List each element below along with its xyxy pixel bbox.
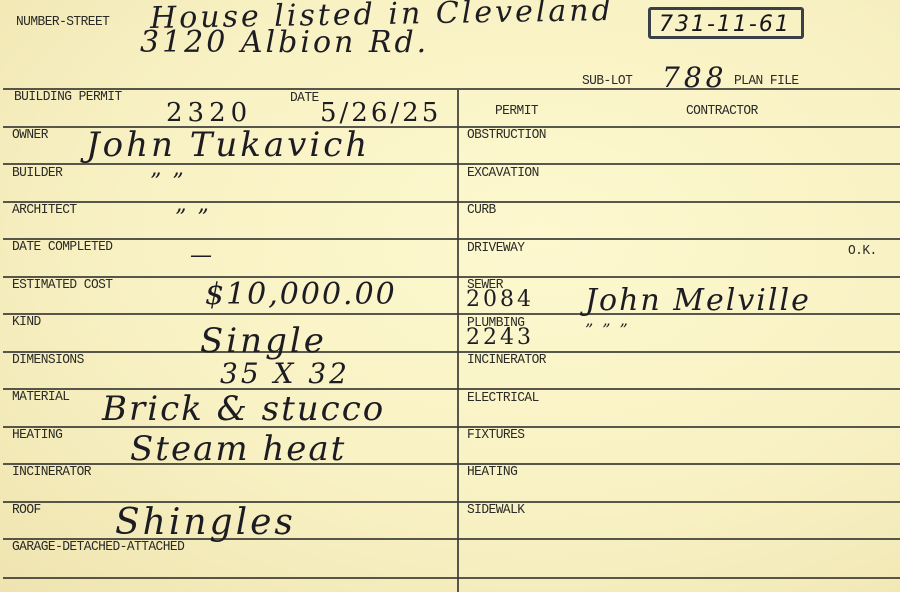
stamp-number: 731-11-61 xyxy=(659,12,791,37)
rule-line xyxy=(3,313,457,315)
permit-incinerator-label: INCINERATOR xyxy=(467,352,546,368)
permit-obstruction-label: OBSTRUCTION xyxy=(467,127,546,143)
roof-value: Shingles xyxy=(115,505,296,541)
date-completed-label: DATE COMPLETED xyxy=(12,239,112,255)
kind-label: KIND xyxy=(12,314,41,330)
date-value: 5/26/25 xyxy=(320,100,441,126)
kind-value: Single xyxy=(200,324,327,358)
owner-value: John Tukavich xyxy=(86,128,370,162)
heating-label: HEATING xyxy=(12,427,62,443)
architect-value: ” ” xyxy=(175,208,211,230)
building-permit-value: 2320 xyxy=(166,100,252,126)
stamp-number-box: 731-11-61 xyxy=(648,7,804,39)
rule-line xyxy=(457,577,900,579)
sub-lot-label: SUB-LOT xyxy=(582,73,632,89)
permit-sewer-contractor: John Melville xyxy=(585,286,811,316)
rule-line xyxy=(457,463,900,465)
permit-driveway-label: DRIVEWAY xyxy=(467,240,524,256)
rule-line xyxy=(457,276,900,278)
rule-line xyxy=(457,538,900,540)
estimated-cost-value: $10,000.00 xyxy=(205,280,397,310)
address-value: 3120 Albion Rd. xyxy=(140,28,429,58)
building-permit-label: BUILDING PERMIT xyxy=(14,89,122,105)
builder-label: BUILDER xyxy=(12,165,62,181)
permit-fixtures-label: FIXTURES xyxy=(467,427,524,443)
rule-line xyxy=(457,201,900,203)
material-label: MATERIAL xyxy=(12,389,69,405)
permit-sewer-number: 2084 xyxy=(466,289,534,311)
incinerator-label: INCINERATOR xyxy=(12,464,91,480)
number-street-label: NUMBER-STREET xyxy=(16,14,109,30)
permit-driveway-note: O.K. xyxy=(848,243,877,259)
rule-line xyxy=(3,88,900,90)
material-value: Brick & stucco xyxy=(102,392,385,426)
builder-value: ” ” xyxy=(150,172,186,194)
column-divider xyxy=(457,90,459,592)
dimensions-label: DIMENSIONS xyxy=(12,352,84,368)
permit-heating-label: HEATING xyxy=(467,464,517,480)
permit-electrical-label: ELECTRICAL xyxy=(467,390,539,406)
garage-detached-attached-label: GARAGE-DETACHED-ATTACHED xyxy=(12,539,184,555)
roof-label: ROOF xyxy=(12,502,41,518)
rule-line xyxy=(3,577,457,579)
contractor-header: CONTRACTOR xyxy=(686,103,758,119)
permit-header: PERMIT xyxy=(495,103,538,119)
plan-file-label: PLAN FILE xyxy=(734,73,799,89)
date-label: DATE xyxy=(290,90,319,106)
estimated-cost-label: ESTIMATED COST xyxy=(12,277,112,293)
permit-sidewalk-label: SIDEWALK xyxy=(467,502,524,518)
permit-plumbing-number: 2243 xyxy=(466,327,534,349)
date-completed-value: — xyxy=(190,245,212,267)
heating-value: Steam heat xyxy=(130,432,346,466)
permit-plumbing-contractor: ” ” ” xyxy=(585,322,630,338)
owner-label: OWNER xyxy=(12,127,48,143)
permit-card: NUMBER-STREET House listed in Cleveland … xyxy=(0,0,900,592)
permit-curb-label: CURB xyxy=(467,202,496,218)
architect-label: ARCHITECT xyxy=(12,202,77,218)
permit-excavation-label: EXCAVATION xyxy=(467,165,539,181)
dimensions-value: 35 X 32 xyxy=(220,360,350,388)
